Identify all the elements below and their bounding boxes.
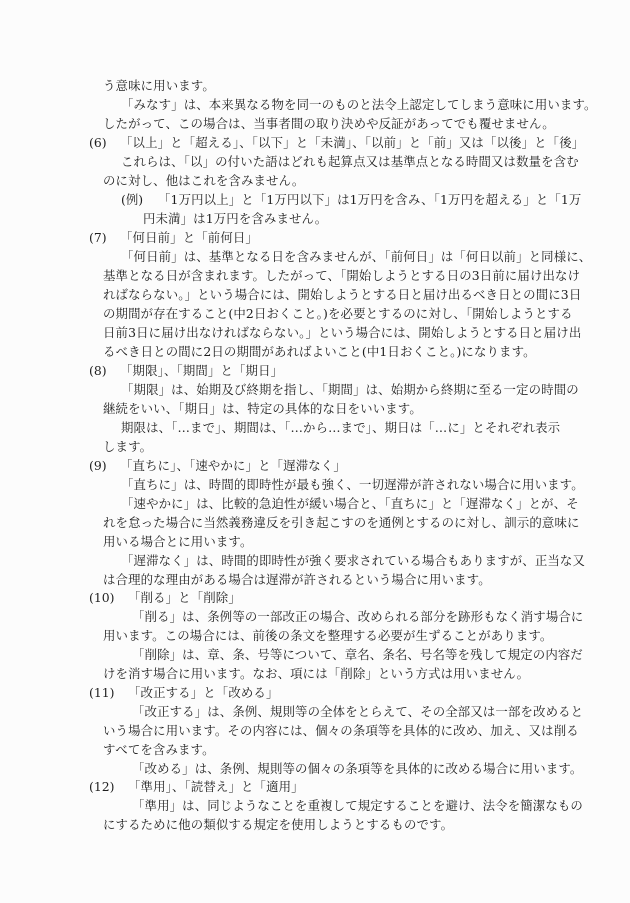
paragraph-line: 「改める」は、条例、規則等の個々の条項等を具体的に改める場合に用います。 — [132, 761, 582, 777]
paragraph-line: 「遅滞なく」は、時間的即時性が強く要求されている場合もありますが、正当な又 — [121, 553, 585, 569]
paragraph-line: これらは、「以」の付いた語はどれも起算点又は基準点となる時間又は数量を含む — [121, 154, 579, 170]
intro-line: う意味に用います。 — [103, 78, 215, 94]
example-label: (例) — [121, 192, 143, 208]
paragraph-line: いう場合に用います。その内容には、個々の条項等を具体的に改め、加え、又は削る — [103, 723, 579, 739]
paragraph-line: けを消す場合に用います。なお、項には「削除」という方式は用いません。 — [103, 666, 529, 682]
paragraph-line: 「直ちに」は、時間的即時性が最も強く、一切遅滞が許されない場合に用います。 — [121, 477, 584, 493]
paragraph-line: 基準となる日が含まれます。したがって、「開始しようとする日の3日前に届け出なけ — [103, 268, 580, 284]
section-heading: 「期限」、「期間」と「期日」 — [120, 363, 283, 379]
section-heading: 「以上」と「超える」、「以下」と「未満」、「以前」と「前」又は「以後」と「後」 — [120, 135, 584, 151]
paragraph-line: 「準用」は、同じようなことを重複して規定することを避け、法令を簡潔なもの — [132, 798, 583, 814]
paragraph-line: すべてを含みます。 — [103, 742, 215, 758]
paragraph-line: 「みなす」は、本来異なる物を同一のものと法令上認定してしまう意味に用います。 — [121, 97, 597, 113]
section-heading: 「削る」と「削除」 — [128, 590, 241, 606]
section-number: (12) — [89, 779, 114, 795]
example-line: 「1万円以上」と「1万円以下」は1万円を含み、「1万円を超える」と「1万 — [158, 192, 581, 208]
paragraph-line: にするために他の類似する規定を使用しようとするものです。 — [103, 817, 453, 833]
section-number: (8) — [89, 363, 107, 379]
section-heading: 「改正する」と「改める」 — [128, 685, 279, 701]
paragraph-line: のに対し、他はこれを含みません。 — [103, 173, 304, 189]
paragraph-line: します。 — [103, 439, 152, 455]
paragraph-line: 「何日前」は、基準となる日を含みませんが、「前何日」は「何日以前」と同様に、 — [121, 249, 591, 265]
paragraph-line: 「削除」は、章、条、号等について、章名、条名、号名等を残して規定の内容だ — [132, 647, 583, 663]
section-number: (6) — [89, 135, 107, 151]
section-number: (9) — [89, 458, 107, 474]
example-line: 円未満」は1万円を含みません。 — [143, 211, 327, 227]
section-number: (11) — [89, 685, 114, 701]
paragraph-line: 継続をいい、「期日」は、特定の具体的な日をいいます。 — [103, 401, 422, 417]
section-heading: 「直ちに」、「速やかに」と「遅滞なく」 — [120, 458, 346, 474]
paragraph-line: るべき日との間に2日の期間があればよいこと(中1日おくこと。)になります。 — [103, 344, 536, 360]
paragraph-line: 「改正する」は、条例、規則等の全体をとらえて、その全部又は一部を改めると — [132, 704, 583, 720]
paragraph-line: れを怠った場合に当然義務違反を引き起こすのを通例とするのに対し、訓示的意味に — [103, 515, 580, 531]
paragraph-line: 「速やかに」は、比較的急迫性が緩い場合と、「直ちに」と「遅滞なく」とが、そ — [121, 496, 579, 512]
paragraph-line: 期限は、「…まで」、期間は、「…から…まで」、期日は「…に」とそれぞれ表示 — [121, 420, 560, 436]
paragraph-line: 「削る」は、条例等の一部改正の場合、改められる部分を跡形もなく消す場合に — [132, 609, 583, 625]
paragraph-line: 日前3日に届け出なければならない。」という場合には、開始しようとする日と届け出 — [103, 325, 581, 341]
paragraph-line: の期間が存在すること(中2日おくこと。)を必要とするのに対し、「開始しようとする — [103, 306, 573, 322]
paragraph-line: したがって、この場合は、当事者間の取り決めや反証があってでも覆せません。 — [103, 116, 555, 132]
paragraph-line: 用いる場合とに用います。 — [103, 534, 253, 550]
section-number: (10) — [89, 590, 114, 606]
section-heading: 「何日前」と「前何日」 — [120, 230, 258, 246]
paragraph-line: 用います。この場合には、前後の条文を整理する必要が生ずることがあります。 — [103, 628, 552, 644]
paragraph-line: は合理的な理由がある場合は遅滞が許されるという場合に用います。 — [103, 572, 491, 588]
paragraph-line: ればならない。」という場合には、開始しようとする日と届け出るべき日との間に3日 — [103, 287, 581, 303]
paragraph-line: 「期限」は、始期及び終期を指し、「期間」は、始期から終期に至る一定の時間の — [121, 382, 579, 398]
section-number: (7) — [89, 230, 107, 246]
section-heading: 「準用」、「読替え」と「適用」 — [128, 779, 304, 795]
